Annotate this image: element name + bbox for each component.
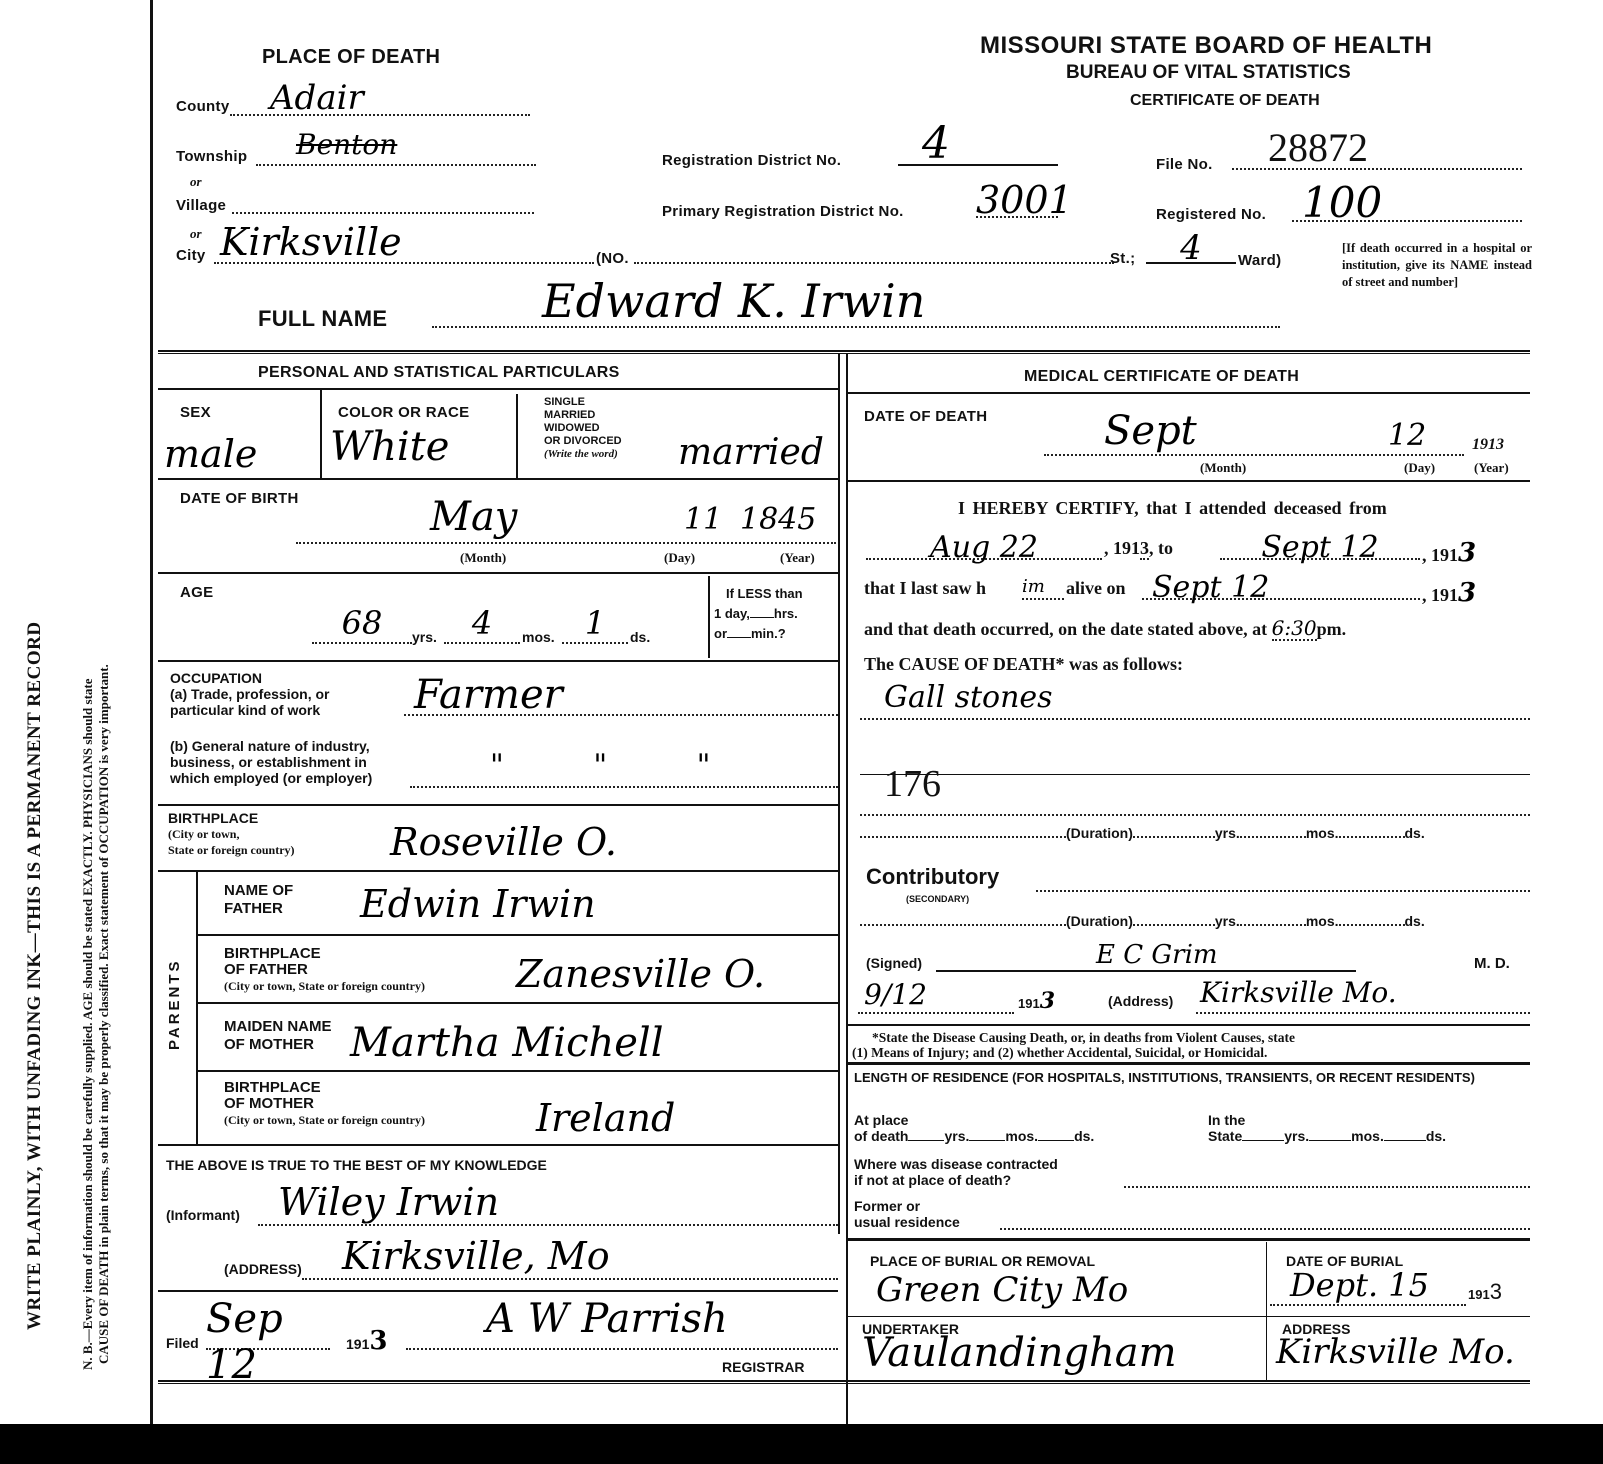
mother-name-value: Martha Michell [350, 1020, 664, 1066]
undertaker-field[interactable]: Vaulandingham [856, 1330, 1266, 1380]
full-name-field[interactable]: Edward K. Irwin [432, 274, 1280, 328]
time-of-death-value: 6:30 [1272, 616, 1317, 640]
physician-signature-value: E C Grim [1096, 940, 1218, 970]
mother-name-label: MAIDEN NAME OF MOTHER [224, 1018, 332, 1054]
less-than-day-note: If LESS than 1 day,hrs. ormin.? [714, 584, 803, 644]
scan-border-bottom [0, 1424, 1603, 1464]
age-ds-label: ds. [630, 630, 650, 645]
occupation-a-field[interactable]: Farmer [404, 672, 838, 716]
last-saw-date-value: Sept 12 [1152, 570, 1269, 605]
time-of-death-field[interactable]: 6:30 [1272, 619, 1317, 641]
last-saw-date-field[interactable]: Sept 12 [1142, 570, 1420, 600]
city-value: Kirksville [220, 220, 402, 264]
certify-statement: I HEREBY CERTIFY, that I attended deceas… [958, 498, 1387, 519]
burial-place-value: Green City Mo [876, 1270, 1128, 1310]
margin-note-line2: CAUSE OF DEATH in plain terms, so that i… [96, 664, 112, 1364]
father-birthplace-value: Zanesville O. [516, 952, 765, 996]
age-yrs-label: yrs. [412, 630, 437, 645]
cause-label: The CAUSE OF DEATH* was as follows: [864, 654, 1183, 675]
medical-heading: MEDICAL CERTIFICATE OF DEATH [1024, 368, 1299, 386]
filed-date-field[interactable]: Sep 12 [206, 1296, 330, 1350]
disease-contracted-label: Where was disease contracted if not at p… [854, 1156, 1058, 1188]
dob-month-value: May [430, 494, 517, 540]
dod-month-caption: (Month) [1200, 460, 1246, 475]
dod-year-caption: (Year) [1474, 460, 1509, 475]
registration-district-field[interactable]: 4 [898, 118, 1058, 166]
section-divider [158, 350, 1530, 354]
secondary-label: (SECONDARY) [906, 894, 969, 904]
street-number-label: (NO. [596, 250, 629, 267]
birthplace-field[interactable]: Roseville O. [370, 820, 838, 870]
filed-label: Filed [166, 1336, 199, 1351]
father-name-label: NAME OF FATHER [224, 882, 293, 918]
age-days-value: 1 [585, 604, 605, 642]
last-saw-line: that I last saw h im alive on Sept 12 , … [864, 570, 1530, 604]
physician-signature-field[interactable]: E C Grim [936, 940, 1356, 972]
race-field[interactable]: White [330, 424, 516, 476]
signed-year: 1913 [1018, 994, 1055, 1011]
dod-month-value: Sept [1104, 408, 1197, 454]
signed-date-value: 9/12 [864, 978, 927, 1011]
age-field[interactable]: 68 yrs. 4 mos. 1 ds. [312, 604, 702, 648]
md-label: M. D. [1474, 956, 1510, 971]
father-birthplace-field[interactable]: Zanesville O. [516, 952, 838, 1000]
city-label: City [176, 247, 206, 264]
or-label-2: or [190, 226, 202, 242]
full-name-value: Edward K. Irwin [542, 274, 925, 328]
contributory-label: Contributory [866, 864, 999, 890]
marital-option-married: MARRIED [544, 409, 622, 422]
township-value: Benton [296, 128, 397, 161]
file-number-label: File No. [1156, 156, 1213, 173]
primary-district-value: 3001 [976, 178, 1073, 222]
physician-address-value: Kirksville Mo. [1200, 976, 1397, 1009]
column-divider [838, 354, 840, 1234]
dob-label: DATE OF BIRTH [180, 490, 299, 507]
township-label: Township [176, 148, 247, 165]
signed-label: (Signed) [866, 956, 922, 971]
duration-line-1: (Duration)yrs.mos.ds. [860, 826, 1530, 841]
cause-code-field[interactable]: 176 [860, 762, 1530, 816]
primary-district-label: Primary Registration District No. [662, 203, 904, 220]
margin-title: WRITE PLAINLY, WITH UNFADING INK—THIS IS… [24, 621, 46, 1330]
last-saw-pronoun-field[interactable]: im [1022, 576, 1064, 600]
sex-value: male [164, 432, 257, 476]
street-label: St.; [1110, 250, 1135, 267]
marital-option-single: SINGLE [544, 396, 622, 409]
dob-year-value: 1845 [740, 502, 816, 537]
mother-birthplace-label: BIRTHPLACE OF MOTHER (City or town, Stat… [224, 1080, 425, 1128]
attended-to-year: 3 [1458, 538, 1476, 568]
village-label: Village [176, 197, 226, 214]
residence-at-place: At place of deathyrs.mos.ds. [854, 1112, 1094, 1144]
file-number-field[interactable]: 28872 [1232, 124, 1522, 170]
county-label: County [176, 98, 229, 115]
primary-district-field[interactable]: 3001 [976, 178, 1058, 218]
informant-field[interactable]: Wiley Irwin [258, 1180, 838, 1226]
county-value: Adair [270, 78, 364, 118]
age-years-value: 68 [342, 604, 383, 642]
informant-address-field[interactable]: Kirksville, Mo [302, 1234, 838, 1280]
registered-number-field[interactable]: 100 [1292, 178, 1522, 222]
cause-field[interactable]: Gall stones [860, 680, 1530, 720]
marital-options: SINGLE MARRIED WIDOWED OR DIVORCED (Writ… [544, 396, 622, 461]
parents-label: PARENTS [166, 958, 183, 1050]
burial-date-field[interactable]: Dept. 15 [1270, 1266, 1466, 1306]
registrar-signature-value: A W Parrish [486, 1296, 728, 1342]
dob-day-value: 11 [684, 502, 722, 537]
residence-heading: LENGTH OF RESIDENCE (FOR HOSPITALS, INST… [854, 1070, 1534, 1086]
age-mos-label: mos. [522, 630, 555, 645]
informant-value: Wiley Irwin [278, 1180, 499, 1224]
former-residence-field[interactable] [1000, 1212, 1530, 1230]
marital-hint: (Write the word) [544, 448, 622, 461]
ward-label: Ward) [1238, 252, 1281, 269]
registration-district-label: Registration District No. [662, 152, 841, 169]
cause-value: Gall stones [884, 680, 1053, 715]
agency-title: MISSOURI STATE BOARD OF HEALTH [980, 32, 1432, 60]
cause-footnote: *State the Disease Causing Death, or, in… [852, 1030, 1532, 1060]
contributory-field[interactable] [1036, 866, 1530, 892]
physician-address-field[interactable]: Kirksville Mo. [1196, 976, 1530, 1014]
undertaker-address-value: Kirksville Mo. [1276, 1332, 1515, 1372]
full-name-label: FULL NAME [258, 306, 387, 332]
age-label: AGE [180, 584, 213, 601]
dob-month-caption: (Month) [460, 550, 506, 565]
marital-option-widowed: WIDOWED [544, 422, 622, 435]
burial-place-field[interactable]: Green City Mo [856, 1270, 1264, 1314]
form-left-border [150, 0, 153, 1424]
burial-place-label: PLACE OF BURIAL OR REMOVAL [870, 1254, 1095, 1269]
personal-heading: PERSONAL AND STATISTICAL PARTICULARS [258, 364, 620, 382]
father-name-field[interactable]: Edwin Irwin [360, 882, 838, 930]
marital-option-divorced: OR DIVORCED [544, 435, 622, 448]
dob-year-caption: (Year) [780, 550, 815, 565]
attended-from-field[interactable]: Aug 22 [866, 530, 1102, 560]
column-divider-inner [846, 354, 848, 1424]
margin-note-line1: N. B.—Every item of information should b… [80, 678, 96, 1370]
attended-line: Aug 22 , 1913, to Sept 12 , 1913 [866, 530, 1530, 564]
file-number-value: 28872 [1268, 125, 1368, 170]
registrar-signature-field[interactable]: A W Parrish [406, 1296, 838, 1350]
undertaker-address-field[interactable]: Kirksville Mo. [1270, 1330, 1560, 1410]
mother-name-field[interactable]: Martha Michell [350, 1020, 838, 1070]
dob-field[interactable]: May 11 1845 [296, 498, 836, 544]
attended-from-value: Aug 22 [930, 530, 1038, 565]
former-residence-label: Former or usual residence [854, 1198, 960, 1230]
village-field[interactable] [232, 192, 534, 214]
hospital-note: [If death occurred in a hospital or inst… [1342, 240, 1532, 291]
duration-line-2: (Duration)yrs.mos.ds. [860, 914, 1530, 929]
disease-contracted-field[interactable] [1124, 1170, 1530, 1188]
city-field[interactable]: Kirksville [214, 220, 594, 264]
county-field[interactable]: Adair [230, 78, 530, 116]
or-label-1: or [190, 174, 202, 190]
place-of-death-heading: PLACE OF DEATH [262, 46, 440, 69]
occupation-b-label: (b) General nature of industry, business… [170, 738, 372, 786]
ward-field[interactable]: 4 [1146, 228, 1236, 264]
occupation-b-value: " " " [490, 748, 750, 783]
informant-label: (Informant) [166, 1208, 240, 1223]
dod-field[interactable]: Sept 12 [1044, 410, 1464, 456]
father-birthplace-label: BIRTHPLACE OF FATHER (City or town, Stat… [224, 946, 425, 994]
marital-value: married [678, 432, 824, 473]
time-of-death-line: and that death occurred, on the date sta… [864, 616, 1530, 640]
mother-birthplace-value: Ireland [536, 1096, 675, 1140]
last-saw-year: 3 [1458, 578, 1476, 608]
occupation-b-field[interactable]: " " " [410, 748, 838, 788]
signed-date-field[interactable]: 9/12 [858, 978, 1014, 1014]
burial-year: 1913 [1468, 1284, 1502, 1302]
race-value: White [330, 424, 449, 470]
attended-from-year: 3 [1140, 538, 1149, 560]
sex-field[interactable]: male [164, 432, 314, 476]
filed-year: 1913 [346, 1334, 387, 1352]
registrar-label: REGISTRAR [722, 1360, 804, 1375]
mother-birthplace-field[interactable]: Ireland [536, 1096, 838, 1144]
physician-address-label: (Address) [1108, 994, 1173, 1009]
age-months-value: 4 [472, 604, 492, 642]
birthplace-value: Roseville O. [390, 820, 617, 864]
cause-code-value: 176 [884, 763, 941, 805]
residence-in-state: In the Stateyrs.mos.ds. [1208, 1112, 1446, 1144]
registered-number-value: 100 [1302, 178, 1382, 227]
burial-date-value: Dept. 15 [1290, 1266, 1429, 1304]
dod-label: DATE OF DEATH [864, 408, 987, 425]
certificate-title: CERTIFICATE OF DEATH [1130, 92, 1320, 110]
bureau-title: BUREAU OF VITAL STATISTICS [1066, 62, 1351, 84]
sex-label: SEX [180, 404, 211, 421]
informant-address-label: (ADDRESS) [224, 1262, 302, 1277]
registered-number-label: Registered No. [1156, 206, 1266, 223]
dod-day-caption: (Day) [1404, 460, 1435, 475]
occupation-a-value: Farmer [414, 672, 563, 718]
registration-district-value: 4 [922, 118, 950, 169]
birthplace-label: BIRTHPLACE (City or town, State or forei… [168, 810, 295, 858]
marital-field[interactable]: married [678, 432, 858, 476]
race-label: COLOR OR RACE [338, 404, 469, 421]
ward-value: 4 [1180, 228, 1202, 268]
attended-to-field[interactable]: Sept 12 [1220, 530, 1420, 560]
attest-statement: THE ABOVE IS TRUE TO THE BEST OF MY KNOW… [166, 1158, 547, 1173]
last-saw-pronoun-value: im [1022, 576, 1045, 597]
undertaker-value: Vaulandingham [862, 1330, 1177, 1376]
attended-to-value: Sept 12 [1261, 530, 1378, 565]
occupation-a-label: OCCUPATION (a) Trade, profession, or par… [170, 670, 329, 718]
dob-day-caption: (Day) [664, 550, 695, 565]
dod-day-value: 12 [1388, 418, 1426, 453]
filed-date-value: Sep 12 [206, 1296, 283, 1388]
dod-year: 1913 [1472, 436, 1504, 454]
township-field[interactable]: Benton [256, 128, 536, 166]
street-number-field[interactable] [634, 244, 1114, 264]
informant-address-value: Kirksville, Mo [342, 1234, 610, 1278]
father-name-value: Edwin Irwin [360, 882, 596, 926]
